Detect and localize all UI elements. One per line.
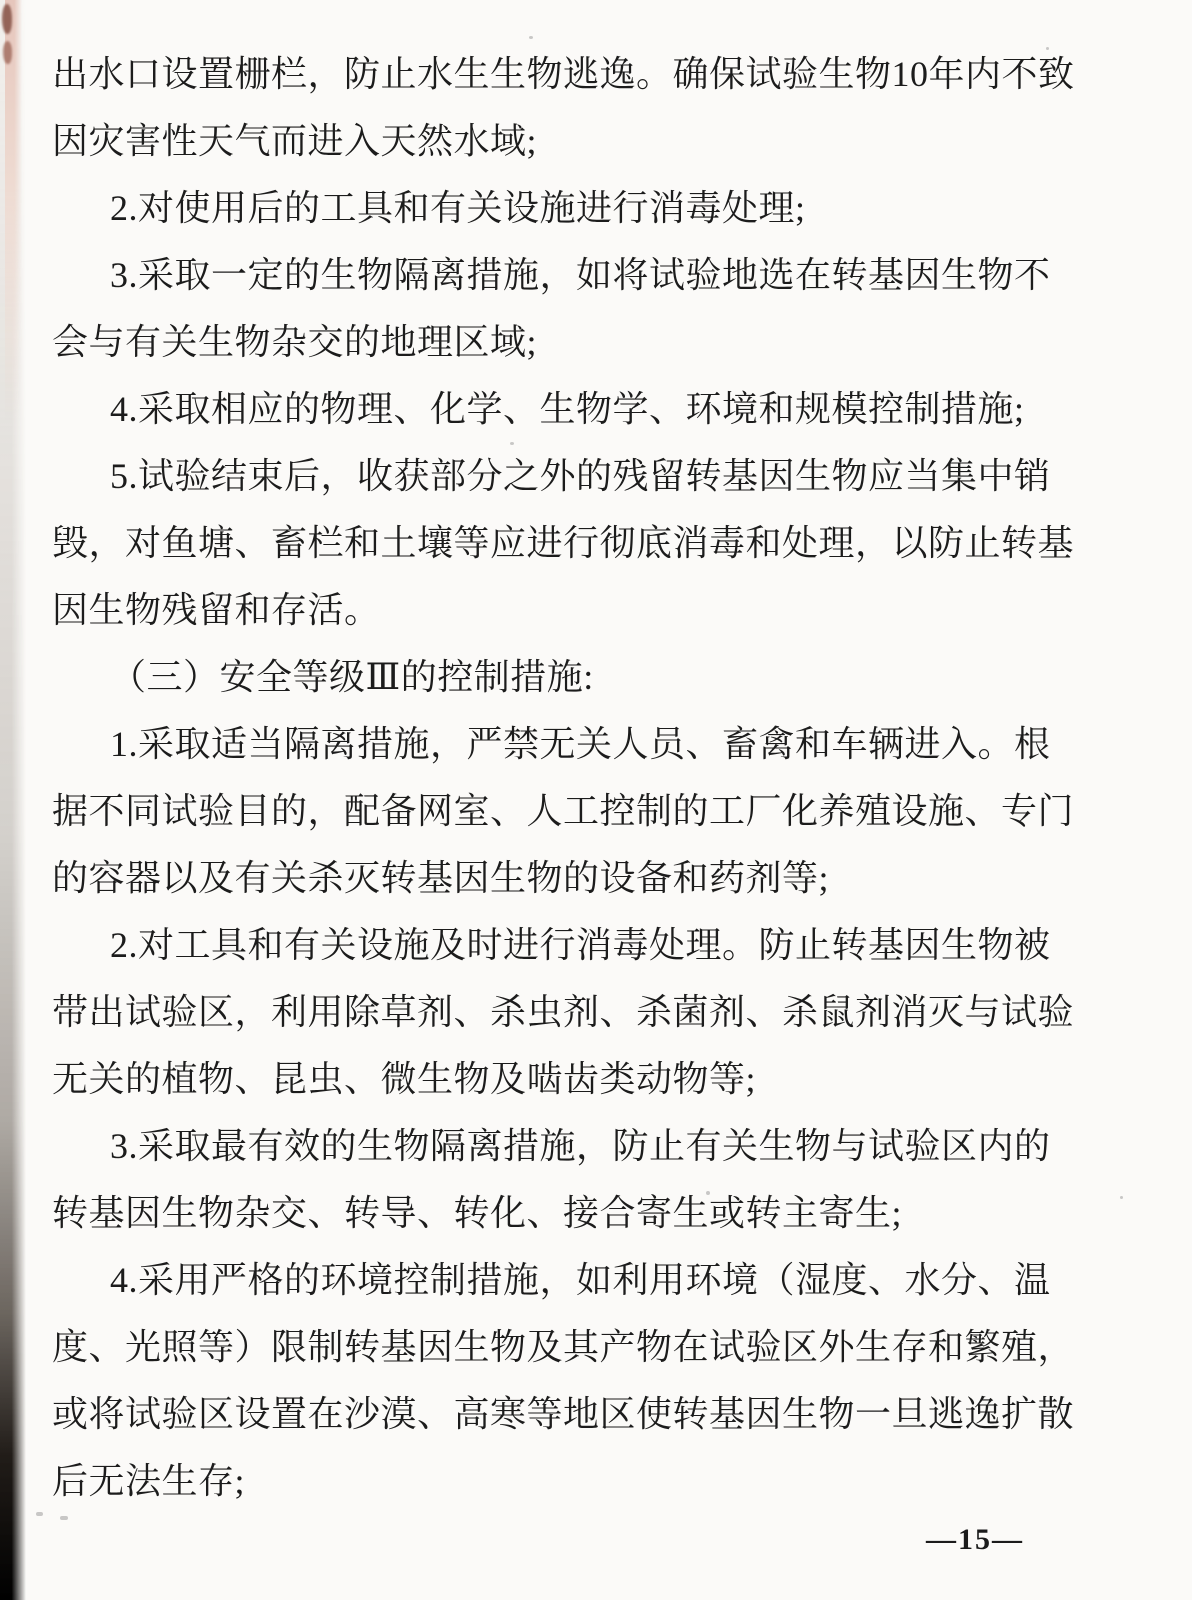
text-line: 无关的植物、昆虫、微生物及啮齿类动物等;: [52, 1046, 1082, 1113]
text-line: 或将试验区设置在沙漠、高寒等地区使转基因生物一旦逃逸扩散: [52, 1381, 1082, 1448]
scan-speck: [60, 1516, 68, 1520]
text-line: 3.采取一定的生物隔离措施，如将试验地选在转基因生物不: [52, 242, 1082, 309]
text-line: 4.采用严格的环境控制措施，如利用环境（湿度、水分、温: [52, 1247, 1082, 1314]
text-line: 4.采取相应的物理、化学、生物学、环境和规模控制措施;: [52, 376, 1082, 443]
text-line: 5.试验结束后，收获部分之外的残留转基因生物应当集中销: [52, 443, 1082, 510]
text-line: 因灾害性天气而进入天然水域;: [52, 108, 1082, 175]
text-line: 后无法生存;: [52, 1448, 1082, 1515]
text-line: （三）安全等级Ⅲ的控制措施:: [52, 644, 1082, 711]
page-number: —15—: [926, 1523, 1024, 1557]
text-line: 会与有关生物杂交的地理区域;: [52, 309, 1082, 376]
text-line: 2.对工具和有关设施及时进行消毒处理。防止转基因生物被: [52, 912, 1082, 979]
ink-stain: [2, 4, 12, 34]
text-line: 的容器以及有关杀灭转基因生物的设备和药剂等;: [52, 845, 1082, 912]
scan-speck: [529, 36, 533, 39]
text-line: 3.采取最有效的生物隔离措施，防止有关生物与试验区内的: [52, 1113, 1082, 1180]
ink-stain: [3, 41, 12, 64]
scan-speck: [36, 1512, 43, 1516]
body-text: 出水口设置栅栏，防止水生生物逃逸。确保试验生物10年内不致因灾害性天气而进入天然…: [52, 41, 1082, 1515]
text-line: 1.采取适当隔离措施，严禁无关人员、畜禽和车辆进入。根: [52, 711, 1082, 778]
text-line: 据不同试验目的，配备网室、人工控制的工厂化养殖设施、专门: [52, 778, 1082, 845]
document-page: 出水口设置栅栏，防止水生生物逃逸。确保试验生物10年内不致因灾害性天气而进入天然…: [0, 0, 1192, 1600]
text-line: 转基因生物杂交、转导、转化、接合寄生或转主寄生;: [52, 1180, 1082, 1247]
scan-speck: [706, 1191, 710, 1195]
text-line: 因生物残留和存活。: [52, 577, 1082, 644]
text-line: 带出试验区，利用除草剂、杀虫剂、杀菌剂、杀鼠剂消灭与试验: [52, 979, 1082, 1046]
scan-speck: [510, 442, 514, 445]
scan-speck: [476, 1072, 480, 1075]
text-line: 2.对使用后的工具和有关设施进行消毒处理;: [52, 175, 1082, 242]
text-line: 出水口设置栅栏，防止水生生物逃逸。确保试验生物10年内不致: [52, 41, 1082, 108]
text-line: 毁，对鱼塘、畜栏和土壤等应进行彻底消毒和处理，以防止转基: [52, 510, 1082, 577]
scan-speck: [1120, 1196, 1123, 1199]
text-line: 度、光照等）限制转基因生物及其产物在试验区外生存和繁殖，: [52, 1314, 1082, 1381]
scan-speck: [1046, 47, 1049, 50]
